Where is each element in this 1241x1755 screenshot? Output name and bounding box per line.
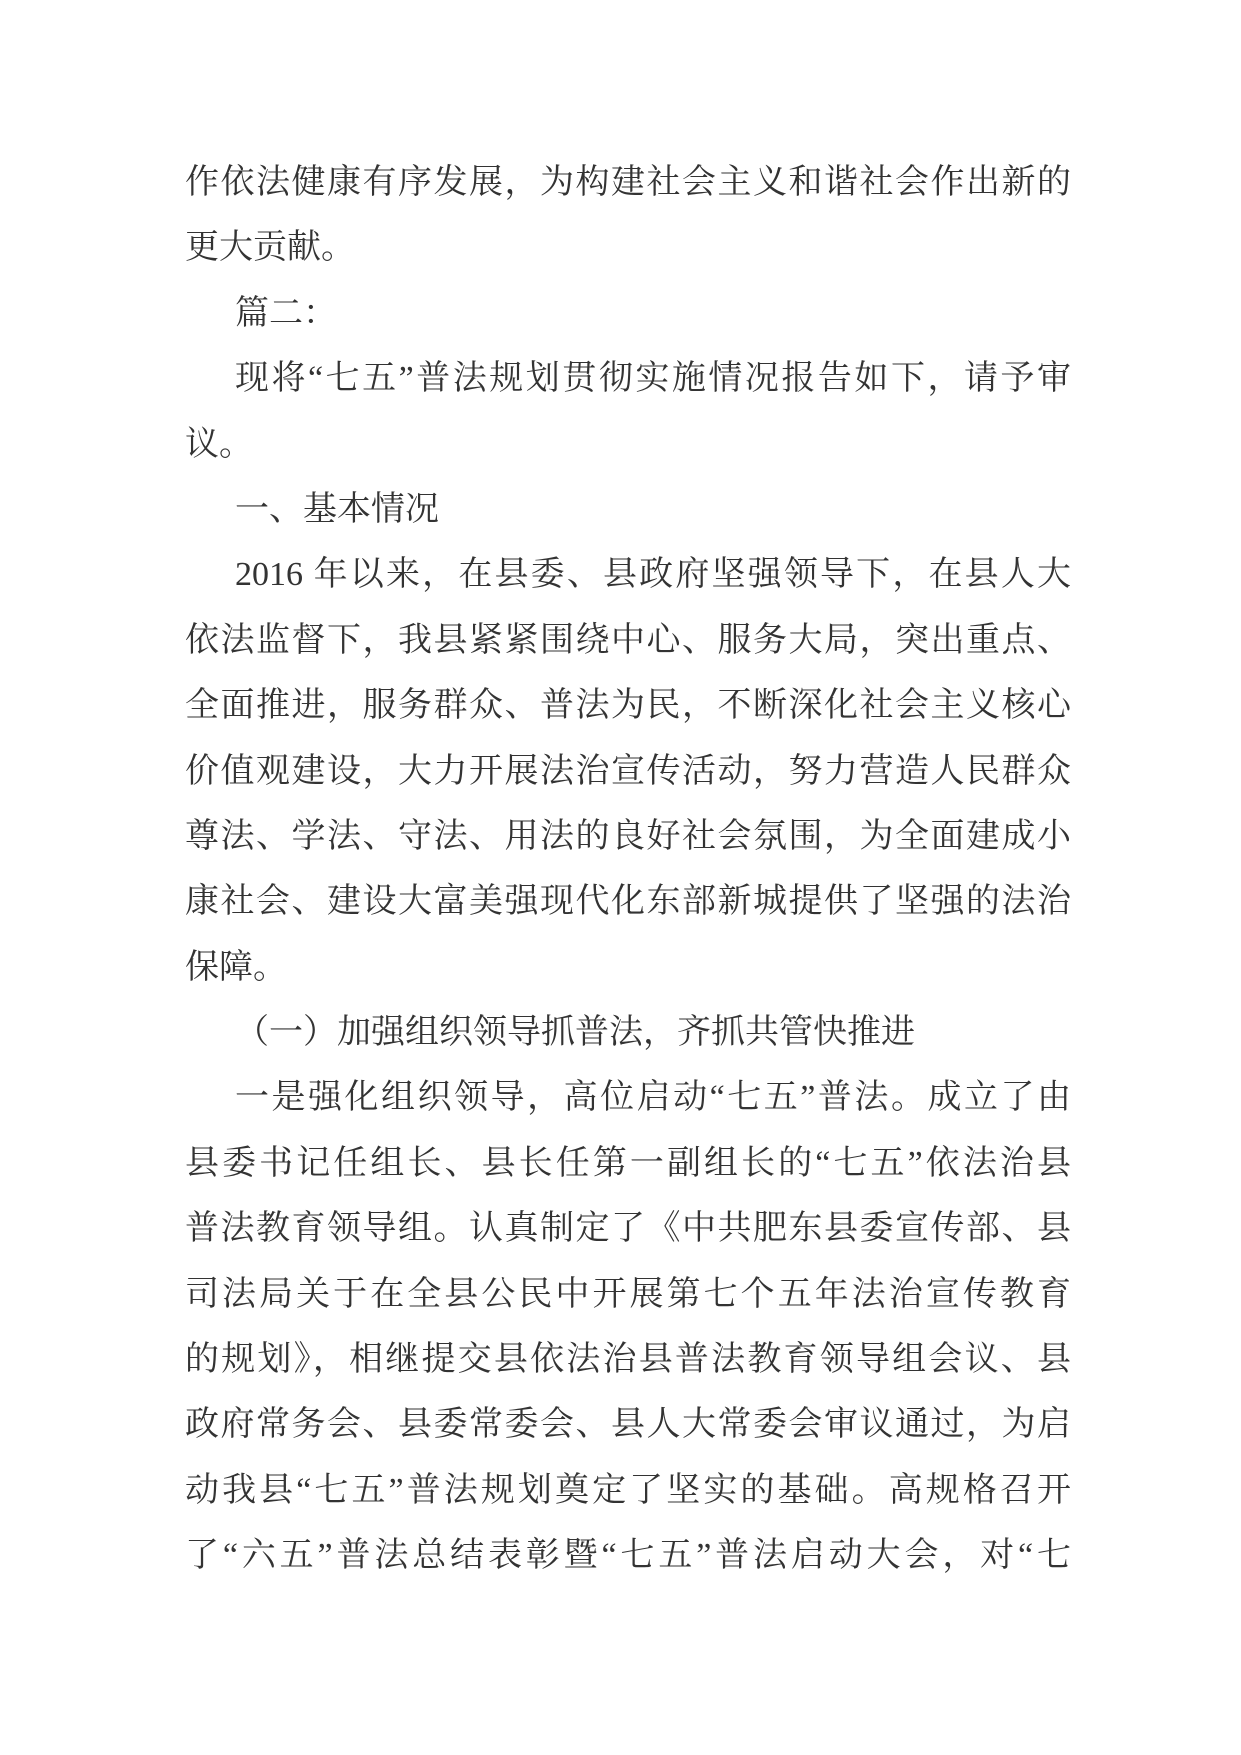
text-line: 司法局关于在全县公民中开展第七个五年法治宣传教育 bbox=[185, 1262, 1071, 1327]
text-line: 依法监督下，我县紧紧围绕中心、服务大局，突出重点、 bbox=[185, 608, 1071, 673]
text-line: 康社会、建设大富美强现代化东部新城提供了坚强的法治 bbox=[185, 869, 1071, 934]
page-body: 作依法健康有序发展，为构建社会主义和谐社会作出新的更大贡献。篇二：现将“七五”普… bbox=[185, 150, 1071, 1589]
text-line: 保障。 bbox=[185, 935, 1071, 1000]
document-page: 作依法健康有序发展，为构建社会主义和谐社会作出新的更大贡献。篇二：现将“七五”普… bbox=[0, 0, 1241, 1755]
text-line: 尊法、学法、守法、用法的良好社会氛围，为全面建成小 bbox=[185, 804, 1071, 869]
text-line: 作依法健康有序发展，为构建社会主义和谐社会作出新的 bbox=[185, 150, 1071, 215]
text-line: 一是强化组织领导，高位启动“七五”普法。成立了由 bbox=[185, 1065, 1071, 1130]
text-line: 全面推进，服务群众、普法为民，不断深化社会主义核心 bbox=[185, 673, 1071, 738]
text-line: 议。 bbox=[185, 412, 1071, 477]
text-line: 更大贡献。 bbox=[185, 215, 1071, 280]
text-line: 动我县“七五”普法规划奠定了坚实的基础。高规格召开 bbox=[185, 1458, 1071, 1523]
text-line: 价值观建设，大力开展法治宣传活动，努力营造人民群众 bbox=[185, 739, 1071, 804]
text-line: 了“六五”普法总结表彰暨“七五”普法启动大会，对“七 bbox=[185, 1523, 1071, 1588]
text-line: （一）加强组织领导抓普法，齐抓共管快推进 bbox=[185, 1000, 1071, 1065]
text-line: 政府常务会、县委常委会、县人大常委会审议通过，为启 bbox=[185, 1392, 1071, 1457]
text-line: 篇二： bbox=[185, 281, 1071, 346]
text-line: 的规划》，相继提交县依法治县普法教育领导组会议、县 bbox=[185, 1327, 1071, 1392]
text-line: 2016 年以来，在县委、县政府坚强领导下，在县人大 bbox=[185, 542, 1071, 607]
text-line: 一、基本情况 bbox=[185, 477, 1071, 542]
text-line: 现将“七五”普法规划贯彻实施情况报告如下，请予审 bbox=[185, 346, 1071, 411]
text-line: 普法教育领导组。认真制定了《中共肥东县委宣传部、县 bbox=[185, 1196, 1071, 1261]
text-line: 县委书记任组长、县长任第一副组长的“七五”依法治县 bbox=[185, 1131, 1071, 1196]
